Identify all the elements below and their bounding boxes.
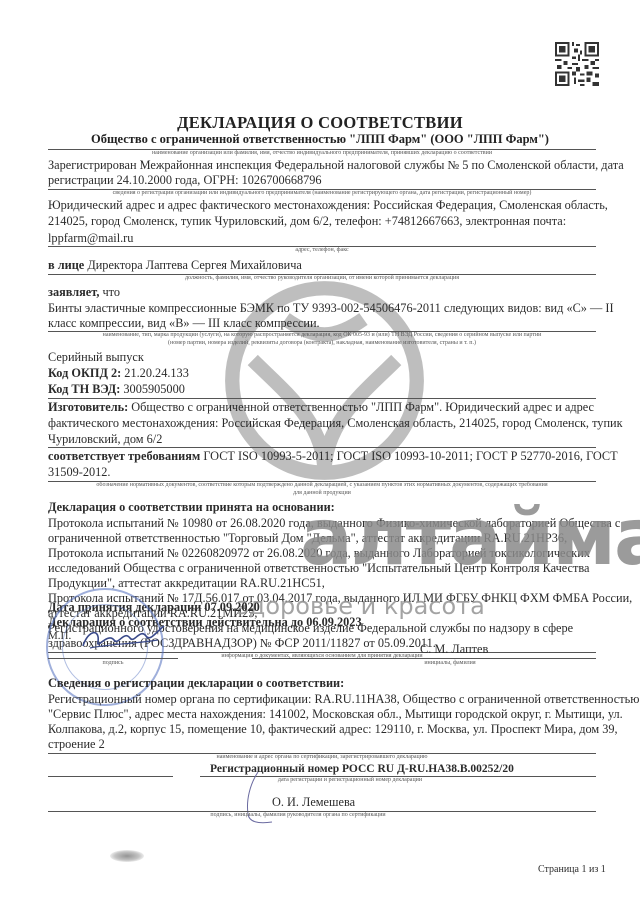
tnved-value: 3005905000 xyxy=(123,382,184,396)
watermark-brand: алтаймаг xyxy=(300,498,640,578)
applicant-name: Общество с ограниченной ответственностью… xyxy=(0,132,640,147)
scan-smudge xyxy=(110,850,144,862)
cert-body-line-1: Регистрационный номер органа по сертифик… xyxy=(48,692,639,708)
product-line-2: класс компрессии, вид «В» — III класс ко… xyxy=(48,316,320,332)
represented-caption: должность, фамилия, имя, отчество руково… xyxy=(48,275,596,281)
complies-caption-1: обозначение нормативных документов, соот… xyxy=(48,482,596,488)
cert-head-name: О. И. Лемешева xyxy=(272,795,355,811)
qr-code-icon xyxy=(555,42,599,86)
signature-icon xyxy=(78,622,168,656)
complies-label: соответствует требованиям xyxy=(48,449,200,463)
complies-value: ГОСТ ISO 10993-5-2011; ГОСТ ISO 10993-10… xyxy=(203,449,617,463)
tnved-code: Код ТН ВЭД: 3005905000 xyxy=(48,382,185,398)
serial-release: Серийный выпуск xyxy=(48,350,144,366)
signer-caption: инициалы, фамилия xyxy=(400,660,500,666)
manufacturer-line-2: фактического местонахождения: Российская… xyxy=(48,416,623,432)
basis-heading: Декларация о соответствии принята на осн… xyxy=(48,500,335,516)
represented-by: в лице Директора Лаптева Сергея Михайлов… xyxy=(48,258,302,274)
declares-line: заявляет, что xyxy=(48,285,120,301)
okpd-label: Код ОКПД 2: xyxy=(48,366,121,380)
product-caption-2: (номер партии, номера изделий, реквизиты… xyxy=(48,340,596,346)
registration-heading: Сведения о регистрации декларации о соот… xyxy=(48,676,344,692)
address-email: lppfarm@mail.ru xyxy=(48,231,133,247)
cert-body-line-3: Колпакова, д.2, корпус 15, помещение 10,… xyxy=(48,722,618,738)
manufacturer-line-1: Изготовитель: Общество с ограниченной от… xyxy=(48,400,594,416)
signer-name: С. М. Лаптев xyxy=(420,642,488,658)
reg-date-line xyxy=(48,776,173,777)
address-line-1: Юридический адрес и адрес фактического м… xyxy=(48,198,608,214)
manufacturer-label: Изготовитель: xyxy=(48,400,128,414)
cert-head-caption: подпись, инициалы, фамилия руководителя … xyxy=(48,812,548,818)
complies-line-2: 31509-2012. xyxy=(48,465,111,481)
divider xyxy=(48,447,596,448)
address-line-2: 214025, город Смоленск, тупик Чуриловски… xyxy=(48,214,566,230)
complies-line-1: соответствует требованиям ГОСТ ISO 10993… xyxy=(48,449,618,465)
address-caption: адрес, телефон, факс xyxy=(48,247,596,253)
registration-line-1: Зарегистрирован Межрайонная инспекция Фе… xyxy=(48,158,624,174)
declares-suffix: что xyxy=(103,285,121,299)
manufacturer-value: Общество с ограниченной ответственностью… xyxy=(131,400,594,414)
signature-icon xyxy=(228,770,278,830)
applicant-caption: наименование организации или фамилия, им… xyxy=(48,150,596,156)
represented-by-prefix: в лице xyxy=(48,258,84,272)
okpd-value: 21.20.24.133 xyxy=(124,366,189,380)
registration-line-2: регистрации 24.10.2000 года, ОГРН: 10267… xyxy=(48,173,322,189)
document-title: ДЕКЛАРАЦИЯ О СООТВЕТСТВИИ xyxy=(0,113,640,133)
product-line-1: Бинты эластичные компрессионные БЭМК по … xyxy=(48,301,614,317)
cert-body-line-4: строение 2 xyxy=(48,737,105,753)
manufacturer-line-3: Чуриловский, дом 6/2 xyxy=(48,432,162,448)
page-number: Страница 1 из 1 xyxy=(538,862,606,878)
signature-line xyxy=(48,658,178,659)
represented-by-value: Директора Лаптева Сергея Михайловича xyxy=(87,258,302,272)
declaration-page: ДЕКЛАРАЦИЯ О СООТВЕТСТВИИ Общество с огр… xyxy=(0,0,640,900)
tnved-label: Код ТН ВЭД: xyxy=(48,382,120,396)
product-caption-1: наименование, тип, марка продукции (услу… xyxy=(48,332,596,338)
signature-caption: подпись xyxy=(48,660,178,666)
cert-body-caption: наименование и адрес органа по сертифика… xyxy=(48,754,596,760)
divider xyxy=(48,398,596,399)
cert-body-line-2: "Сервис Плюс", адрес места нахождения: 1… xyxy=(48,707,623,723)
declares-label: заявляет, xyxy=(48,285,99,299)
signer-line xyxy=(252,658,596,659)
registration-caption: сведения о регистрации организации или и… xyxy=(48,190,596,196)
okpd-code: Код ОКПД 2: 21.20.24.133 xyxy=(48,366,189,382)
